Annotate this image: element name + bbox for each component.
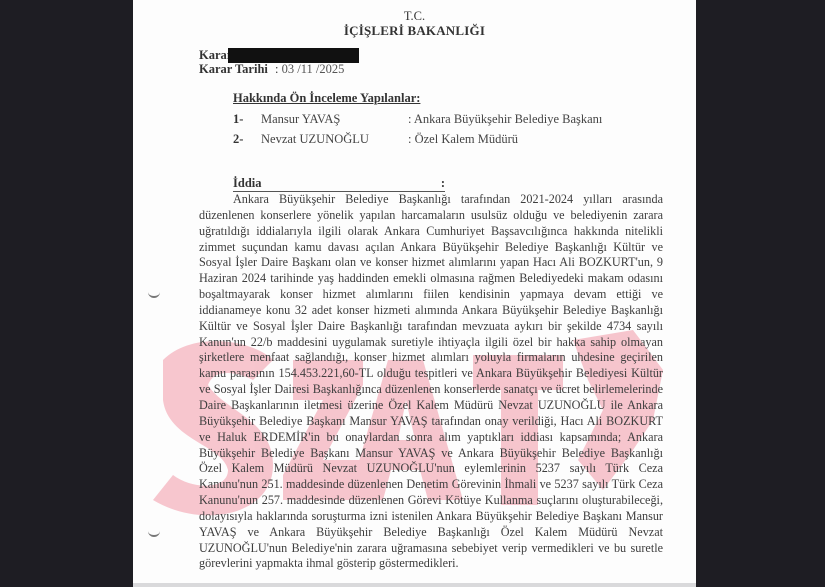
subjects-title: Hakkında Ön İnceleme Yapılanlar: — [233, 91, 420, 106]
subject-name: Nevzat UZUNOĞLU — [261, 132, 369, 147]
punch-hole-mark — [148, 288, 160, 298]
allegation-title-label: İddia — [233, 176, 262, 190]
header-ministry: İÇİŞLERİ BAKANLIĞI — [133, 23, 696, 39]
karar-tarihi-sep: : — [275, 62, 278, 76]
allegation-title-colon: : — [441, 176, 445, 191]
karar-tarihi-value: 03 /11 /2025 — [282, 62, 345, 76]
allegation-title: İddia : — [233, 176, 445, 192]
document-page: T.C. İÇİŞLERİ BAKANLIĞI Karar No: Karar … — [133, 0, 696, 583]
punch-hole-mark — [148, 527, 160, 537]
subject-number: 2- — [233, 132, 243, 147]
allegation-body: Ankara Büyükşehir Belediye Başkanlığı ta… — [199, 192, 663, 572]
header-tc: T.C. — [133, 9, 696, 24]
page-edge — [133, 583, 696, 587]
subject-number: 1- — [233, 112, 243, 127]
redacted-karar-no — [228, 48, 359, 63]
document-content: T.C. İÇİŞLERİ BAKANLIĞI Karar No: Karar … — [133, 0, 696, 583]
subject-role: : Özel Kalem Müdürü — [408, 132, 518, 147]
subject-role: : Ankara Büyükşehir Belediye Başkanı — [408, 112, 602, 127]
karar-tarihi-label: Karar Tarihi — [199, 62, 275, 77]
subject-name: Mansur YAVAŞ — [261, 112, 340, 127]
allegation-paragraph: Ankara Büyükşehir Belediye Başkanlığı ta… — [199, 192, 663, 572]
karar-tarihi-row: Karar Tarihi: 03 /11 /2025 — [199, 62, 344, 77]
